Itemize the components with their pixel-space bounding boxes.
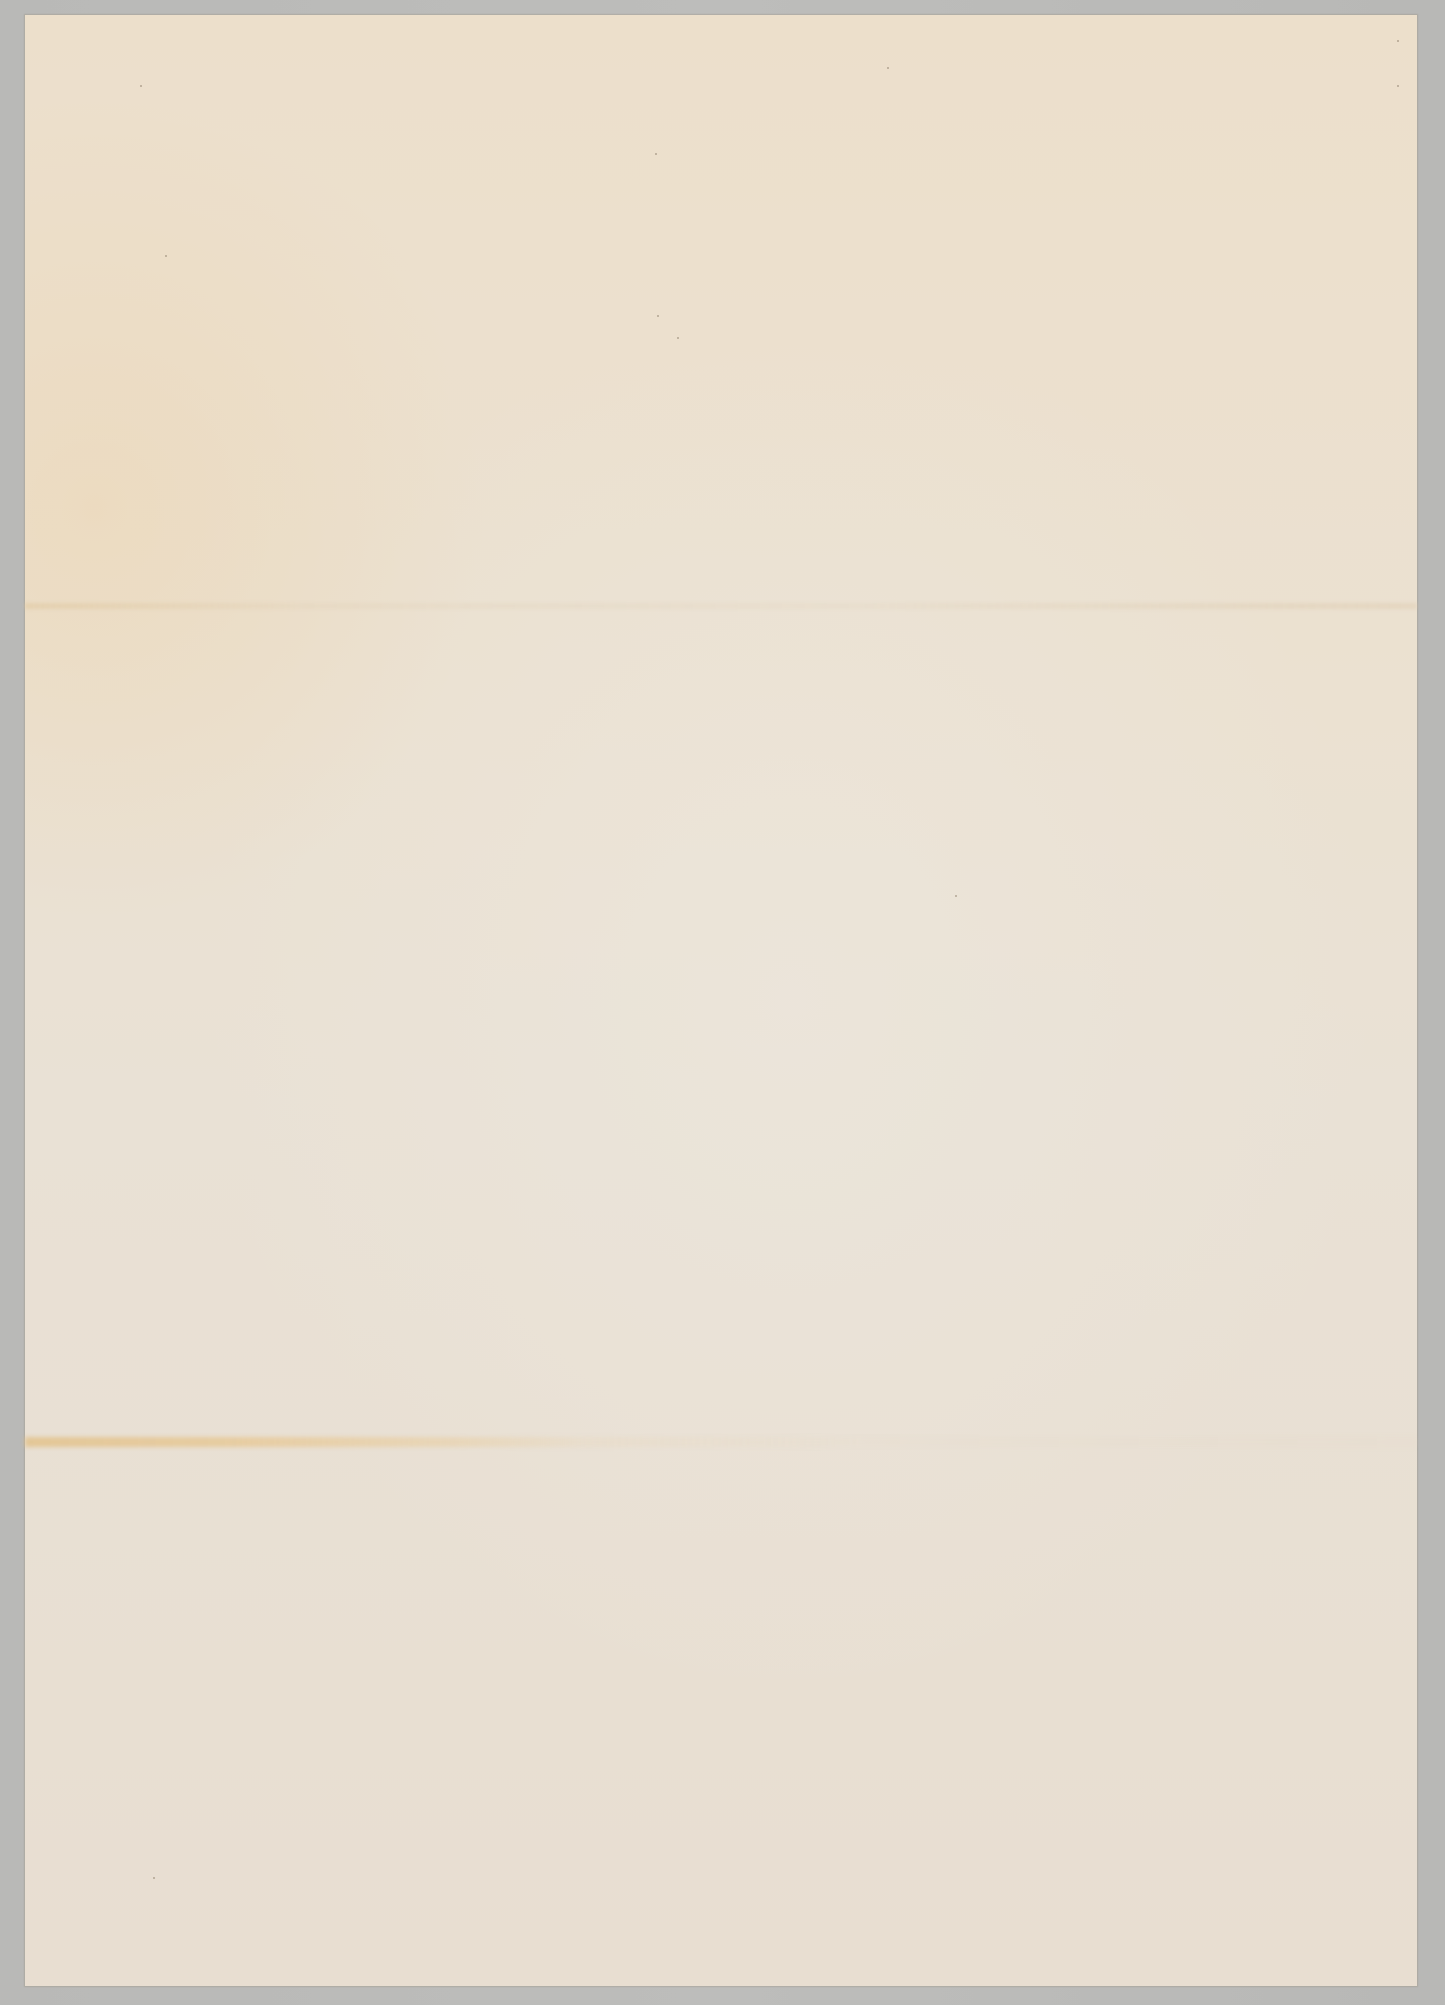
paper-speck [657, 315, 659, 317]
paper-speck [677, 337, 679, 339]
paper-speck [655, 153, 657, 155]
paper-speck [1397, 40, 1399, 42]
lower-fold-line-stain [25, 1437, 1417, 1447]
paper-speck [955, 895, 957, 897]
paper-speck [1397, 85, 1399, 87]
upper-fold-line [25, 603, 1417, 609]
blank-paper-sheet [25, 15, 1417, 1986]
paper-speck [153, 1877, 155, 1879]
paper-speck [140, 85, 142, 87]
paper-speck [165, 255, 167, 257]
paper-speck [887, 67, 889, 69]
